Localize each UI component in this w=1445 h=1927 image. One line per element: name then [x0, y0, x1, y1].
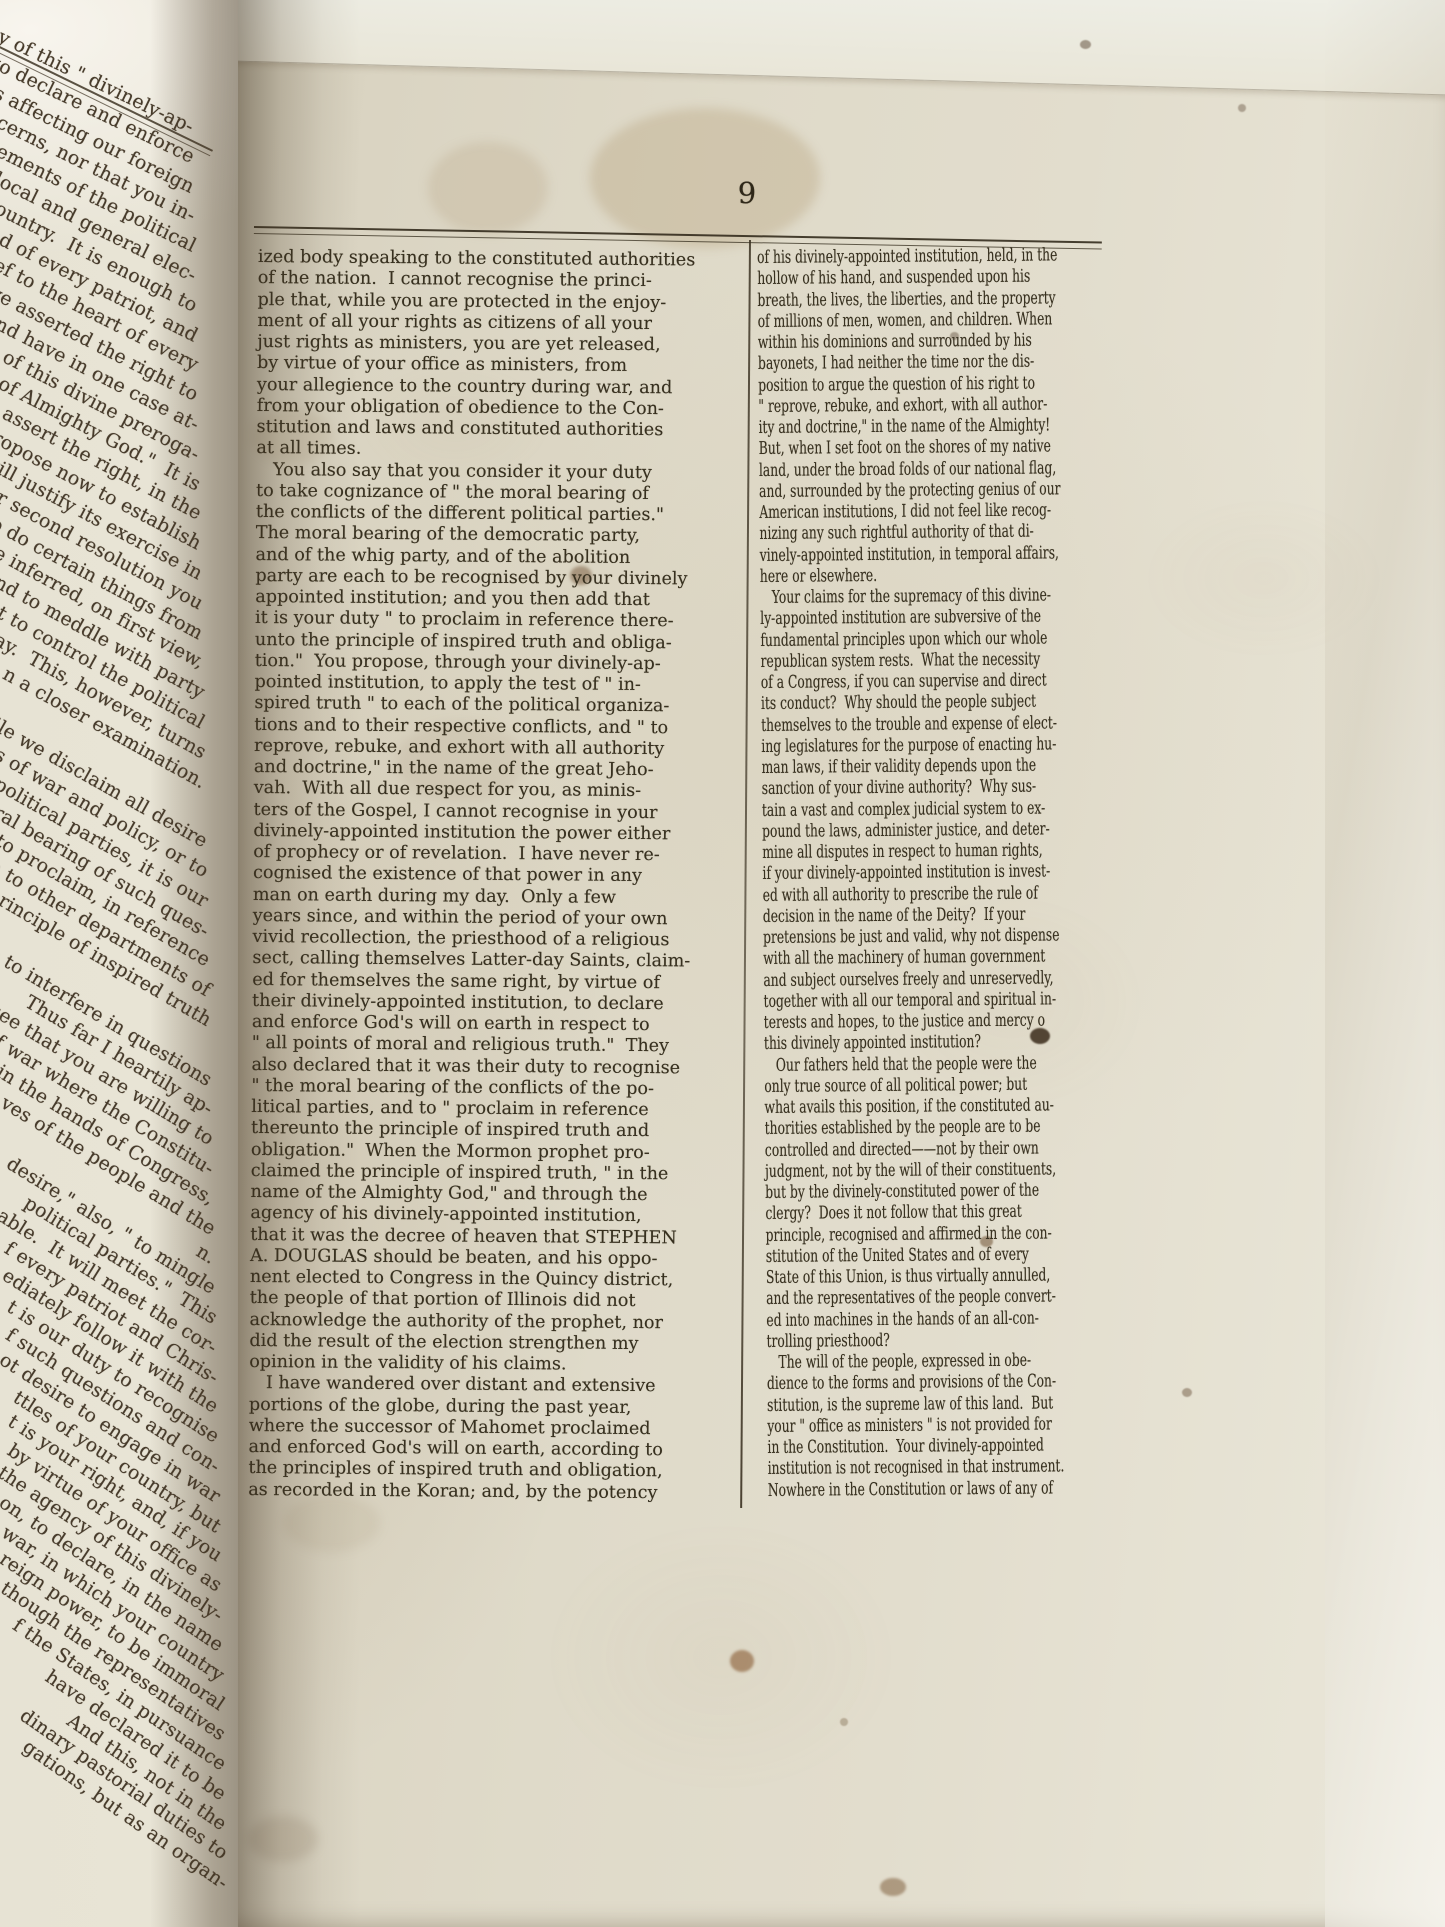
text-line: clergy? Does it not follow that this gre…: [765, 1201, 1100, 1225]
right-column: of his divinely-appointed institution, h…: [757, 245, 1103, 1502]
text-line: only true source of all political power;…: [764, 1074, 1099, 1098]
stain: [1238, 104, 1246, 112]
text-line: but by the divinely-constituted power of…: [765, 1180, 1100, 1204]
text-line: stitution of the United States and of ev…: [766, 1244, 1101, 1268]
stain: [880, 1878, 906, 1896]
page-top-edge: [238, 0, 1445, 98]
text-line: nizing any such rightful authority of th…: [759, 521, 1094, 545]
text-line: tain a vast and complex judicial system …: [762, 798, 1097, 822]
page-number: 9: [727, 176, 767, 210]
text-line: with all the machinery of human governme…: [763, 946, 1098, 970]
page-right-edge: [1325, 0, 1445, 1927]
text-line: fundamental principles upon which our wh…: [760, 628, 1095, 652]
pamphlet-page: 9 ized body speaking to the constituted …: [238, 0, 1445, 1927]
text-line: republican system rests. What the necess…: [761, 649, 1096, 673]
text-line: decision in the name of the Deity? If yo…: [763, 904, 1098, 928]
stain: [428, 142, 548, 234]
text-line: themselves to the trouble and expense of…: [761, 713, 1096, 737]
text-line: mine all disputes in respect to human ri…: [762, 840, 1097, 864]
text-line: pound the laws, administer justice, and …: [762, 819, 1097, 843]
text-line: and, surrounded by the protecting genius…: [759, 479, 1094, 503]
text-line: dience to the forms and provisions of th…: [767, 1371, 1102, 1395]
stain: [248, 1816, 318, 1862]
text-line: of a Congress, if you can supervise and …: [761, 670, 1096, 694]
text-line: State of this Union, is thus virtually a…: [766, 1265, 1101, 1289]
text-line: Our fathers held that the people were th…: [764, 1053, 1099, 1077]
text-line: American institutions, I did not feel li…: [759, 500, 1094, 524]
text-line: ed with all authority to prescribe the r…: [763, 883, 1098, 907]
text-line: judgment, not by the will of their const…: [765, 1159, 1100, 1183]
text-line: its conduct? Why should the people subje…: [761, 691, 1096, 715]
text-line: Nowhere in the Constitution or laws of a…: [768, 1478, 1103, 1502]
text-line: ly-appointed institution are subversive …: [760, 606, 1095, 630]
stain: [1182, 1388, 1192, 1397]
text-line: what avails this position, if the consti…: [764, 1095, 1099, 1119]
text-line: stitution, is the supreme law of this la…: [767, 1393, 1102, 1417]
text-line: man laws, if their validity depends upon…: [761, 755, 1096, 779]
text-line: hollow of his hand, and suspended upon h…: [757, 266, 1092, 290]
text-line: The will of the people, expressed in obe…: [767, 1350, 1102, 1374]
text-line: institution is not recognised in that in…: [768, 1456, 1103, 1480]
text-line: land, under the broad folds of our natio…: [759, 458, 1094, 482]
text-line: in the Constitution. Your divinely-appoi…: [767, 1435, 1102, 1459]
text-line: position to argue the question of his ri…: [758, 373, 1093, 397]
text-line: within his dominions and surrounded by h…: [758, 330, 1093, 354]
text-line: " reprove, rebuke, and exhort, with all …: [758, 394, 1093, 418]
text-line: sanction of your divine authority? Why s…: [762, 776, 1097, 800]
text-line: terests and hopes, to the justice and me…: [764, 1010, 1099, 1034]
text-line: Your claims for the supremacy of this di…: [760, 585, 1095, 609]
text-line: pretensions be just and valid, why not d…: [763, 925, 1098, 949]
stain: [730, 1650, 754, 1672]
text-line: trolling priesthood?: [766, 1329, 1101, 1353]
text-line: ed into machines in the hands of an all-…: [766, 1308, 1101, 1332]
text-line: and the representatives of the people co…: [766, 1286, 1101, 1310]
text-line: this divinely appointed institution?: [764, 1031, 1099, 1055]
left-column: ized body speaking to the constituted au…: [248, 247, 750, 1505]
stain: [284, 1494, 380, 1552]
stain: [840, 1718, 848, 1726]
stain: [590, 108, 820, 248]
text-line: vinely-appointed institution, in tempora…: [760, 543, 1095, 567]
text-line: here or elsewhere.: [760, 564, 1095, 588]
text-line: thorities established by the people are …: [765, 1116, 1100, 1140]
text-line: But, when I set foot on the shores of my…: [759, 436, 1094, 460]
text-line: your " office as ministers " is not prov…: [767, 1414, 1102, 1438]
text-line: breath, the lives, the liberties, and th…: [757, 288, 1092, 312]
text-line: bayonets, I had neither the time nor the…: [758, 351, 1093, 375]
text-line: as recorded in the Koran; and, by the po…: [248, 1479, 740, 1504]
text-line: together with all our temporal and spiri…: [763, 989, 1098, 1013]
text-line: ing legislatures for the purpose of enac…: [761, 734, 1096, 758]
text-line: of his divinely-appointed institution, h…: [757, 245, 1092, 269]
text-line: controlled and directed——not by their ow…: [765, 1138, 1100, 1162]
text-line: principle, recognised and affirmed in th…: [766, 1223, 1101, 1247]
pamphlet-photo: gency of this " divinely-ap-to declare a…: [0, 0, 1445, 1927]
text-line: if your divinely-appointed institution i…: [762, 861, 1097, 885]
text-line: and subject ourselves freely and unreser…: [763, 968, 1098, 992]
text-line: ity and doctrine," in the name of the Al…: [758, 415, 1093, 439]
text-line: of millions of men, women, and children.…: [758, 309, 1093, 333]
